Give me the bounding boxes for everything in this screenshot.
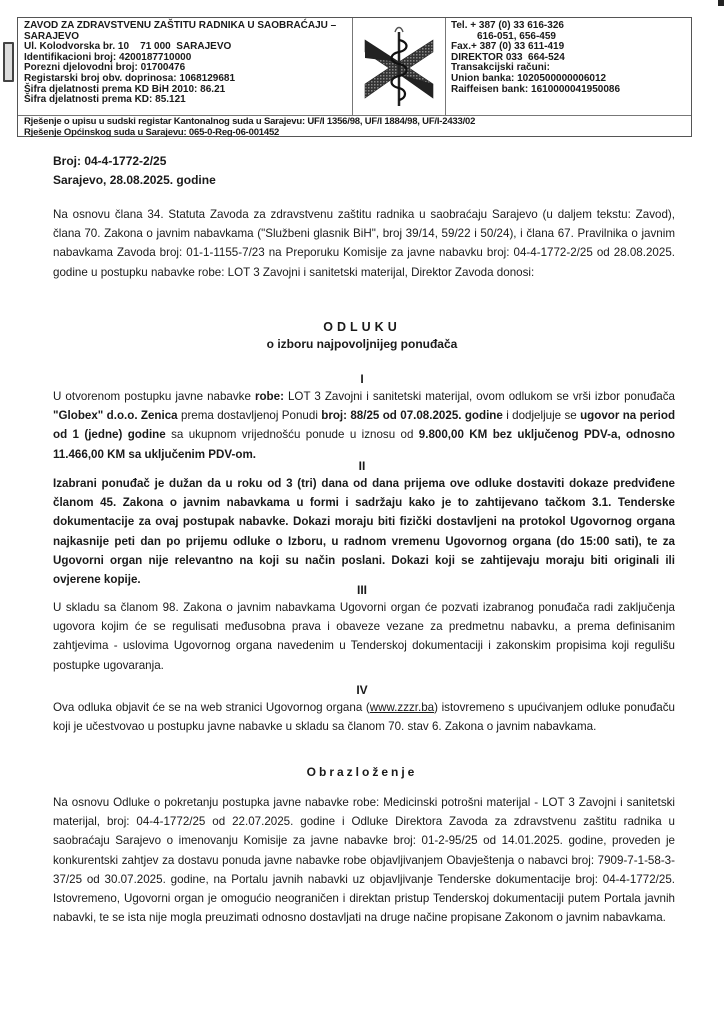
letterhead-logo [353, 18, 446, 115]
tel: Tel. + 387 (0) 33 616-326 [451, 21, 685, 32]
section-3-text: U skladu sa članom 98. Zakona o javnim n… [53, 598, 675, 675]
text-run: sa ukupnom vrijednošću ponude u iznosu o… [166, 428, 419, 441]
medical-logo-icon [353, 18, 445, 115]
text-run: U skladu sa članom 98. Zakona o javnim n… [53, 601, 675, 672]
text-run: Izabrani ponuđač je dužan da u roku od 3… [53, 477, 675, 586]
letterhead-contact-info: Tel. + 387 (0) 33 616-326 616-051, 656-4… [445, 18, 691, 115]
text-run: prema dostavljenoj Ponudi [178, 409, 322, 422]
reasoning-text: Na osnovu Odluke o pokretanju postupka j… [53, 793, 675, 927]
union-bank-account: Union banka: 1020500000006012 [451, 74, 685, 85]
section-4-text-before: Ova odluka objavit će se na web stranici… [53, 701, 370, 714]
text-run: U otvorenom postupku javne nabavke [53, 390, 255, 403]
org-name: ZAVOD ZA ZDRAVSTVENU ZAŠTITU RADNIKA U S… [24, 21, 346, 32]
org-registry-number: Registarski broj obv. doprinosa: 1068129… [24, 74, 346, 85]
section-1-text: U otvorenom postupku javne nabavke robe:… [53, 387, 675, 464]
document-meta: Broj: 04-4-1772-2/25 Sarajevo, 28.08.202… [53, 152, 216, 190]
court-registration: Rješenje o upisu u sudski registar Kanto… [18, 115, 691, 136]
reasoning-heading: Obrazloženje [0, 765, 724, 779]
document-place-date: Sarajevo, 28.08.2025. godine [53, 171, 216, 190]
text-run: broj: 88/25 od 07.08.2025. godine [321, 409, 503, 422]
court-registration-line2: Rješenje Općinskog suda u Sarajevu: 065-… [24, 128, 685, 139]
document-number: Broj: 04-4-1772-2/25 [53, 152, 216, 171]
court-registration-line1: Rješenje o upisu u sudski registar Kanto… [24, 117, 685, 128]
section-2-text: Izabrani ponuđač je dužan da u roku od 3… [53, 474, 675, 589]
intro-paragraph: Na osnovu člana 34. Statuta Zavoda za zd… [53, 205, 675, 282]
website-link[interactable]: www.zzzr.ba [370, 701, 434, 714]
section-numeral-3: III [0, 583, 724, 597]
section-numeral-4: IV [0, 683, 724, 697]
section-4-text: Ova odluka objavit će se na web stranici… [53, 698, 675, 736]
raiffeisen-bank-account: Raiffeisen bank: 1610000041950086 [451, 85, 685, 96]
section-numeral-2: II [0, 459, 724, 473]
letterhead: ZAVOD ZA ZDRAVSTVENU ZAŠTITU RADNIKA U S… [17, 17, 692, 137]
text-run: i dodjeljuje se [503, 409, 580, 422]
section-numeral-1: I [0, 372, 724, 386]
text-run: "Globex" d.o.o. Zenica [53, 409, 178, 422]
text-run: LOT 3 Zavojni i sanitetski materijal, ov… [284, 390, 675, 403]
org-activity-code: Šifra djelatnosti prema KD: 85.121 [24, 95, 346, 106]
scan-corner-mark [718, 0, 724, 6]
binder-clip-mark [3, 42, 14, 82]
decision-title: ODLUKU [0, 320, 724, 334]
decision-subtitle: o izboru najpovoljnijeg ponuđača [0, 337, 724, 351]
letterhead-org-info: ZAVOD ZA ZDRAVSTVENU ZAŠTITU RADNIKA U S… [18, 18, 353, 115]
text-run: robe: [255, 390, 284, 403]
